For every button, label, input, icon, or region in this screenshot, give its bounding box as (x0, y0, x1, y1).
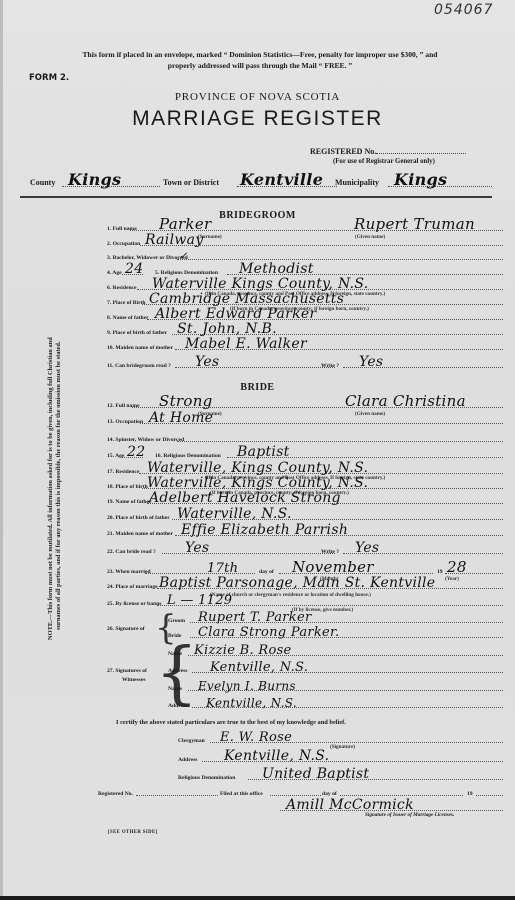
bride-mother-label: 21. Maiden name of mother (107, 531, 173, 537)
bride-residence-label: 17. Residence (107, 469, 139, 475)
bride-status-row: 14. Spinster, Widow or Divorced (107, 430, 503, 444)
filing-row: Registered No. Filed at this office day … (98, 784, 503, 798)
bride-signature-row: Bride Clara Strong Parker. (168, 626, 503, 640)
bride-read-label: 22. Can bride read ? (107, 549, 156, 555)
clergy-address-row: Address Kentville, N.S. (178, 750, 503, 764)
bride-residence-row: 17. Residence Waterville, Kings County, … (107, 462, 503, 476)
bride-full-name-label: 12. Full name (107, 403, 139, 409)
bride-birthplace: Waterville, Kings County, N.S. (147, 475, 368, 491)
groom-father-label: 8. Name of father (107, 315, 149, 321)
place-of-marriage-label: 24. Place of marriage (107, 584, 158, 590)
groom-status-line (177, 259, 503, 260)
clergy-address: Kentville, N.S. (224, 748, 329, 764)
groom-age-row: 4. Age 24 5. Religious Denomination Meth… (107, 263, 503, 277)
town-value: Kentville (240, 170, 323, 189)
groom-signature: Rupert T. Parker (198, 610, 311, 625)
filed-month-line (340, 795, 463, 796)
groom-mother: Mabel E. Walker (185, 336, 307, 352)
groom-signature-row: Groom Rupert T. Parker (168, 611, 503, 625)
clergyman-row: Clergyman E. W. Rose (178, 731, 503, 745)
bride-religion: Baptist (237, 444, 290, 460)
bride-mother-row: 21. Maiden name of mother Effie Elizabet… (107, 524, 503, 538)
groom-given-name: Rupert Truman (354, 215, 475, 233)
scan-left-edge (0, 0, 3, 900)
witness-1-address-row: Address Kentville, N.S. (168, 661, 503, 675)
groom-age: 24 (125, 261, 143, 277)
place-of-marriage-row: 24. Place of marriage Baptist Parsonage,… (107, 577, 503, 591)
groom-full-name-row: 1. Full name Parker Rupert Truman (107, 219, 503, 233)
bride-full-name-row: 12. Full name Strong Clara Christina (107, 396, 503, 410)
form-number: FORM 2. (29, 73, 69, 83)
bride-age-row: 15. Age 22 16. Religious Denomination Ba… (107, 446, 503, 460)
groom-status-row: 3. Bachelor, Widower or Divorced ✓ (107, 248, 503, 262)
clergy-denomination: United Baptist (262, 766, 369, 782)
groom-birthplace: Cambridge Massachusetts (149, 291, 344, 307)
filed-day-line (270, 795, 321, 796)
witness-1-name-row: Name Kizzie B. Rose (168, 644, 503, 658)
bride-father-birthplace: Waterville, N.S. (177, 506, 292, 522)
county-value: Kings (68, 170, 121, 189)
groom-father-birthplace-label: 9. Place of birth of father (107, 330, 167, 336)
side-note-line-2: surnames of all parties, and if for any … (55, 180, 63, 640)
groom-father-row: 8. Name of father Albert Edward Parker (107, 308, 503, 322)
witness-1-name-label: Name (168, 651, 182, 657)
groom-residence-label: 6. Residence (107, 285, 137, 291)
issuer-caption: Signature of Issuer of Marriage Licenses… (365, 812, 454, 818)
bride-signature: Clara Strong Parker. (198, 625, 340, 640)
groom-residence: Waterville Kings County, N.S. (152, 276, 369, 292)
bride-surname: Strong (159, 392, 213, 410)
postal-notice-line-1: This form if placed in an envelope, mark… (40, 49, 480, 60)
clergy-denomination-row: Religious Denomination United Baptist (178, 768, 503, 782)
marriage-month: November (292, 558, 374, 576)
town-label: Town or District (163, 178, 219, 187)
when-married-label: 23. When married (107, 569, 151, 575)
issuer-signature: Amill McCormick (286, 797, 414, 813)
side-note: NOTE.—This form must not be mutilated. A… (47, 180, 63, 640)
groom-mother-label: 10. Maiden name of mother (107, 345, 173, 351)
bride-write: Yes (355, 540, 379, 556)
groom-occupation-label: 2. Occupation (107, 241, 140, 247)
bride-religion-label: 16. Religious Denomination (155, 453, 221, 459)
groom-religion: Methodist (239, 261, 314, 277)
clergy-denomination-label: Religious Denomination (178, 775, 235, 781)
registered-number-value (376, 153, 466, 154)
header-divider (20, 196, 492, 198)
bride-status-label: 14. Spinster, Widow or Divorced (107, 437, 184, 443)
bride-age: 22 (127, 444, 145, 460)
witness-2-address-row: Address Kentville, N.S. (168, 696, 503, 710)
license-row: 25. By license or banns L — 1129 (107, 594, 503, 608)
groom-residence-row: 6. Residence Waterville Kings County, N.… (107, 278, 503, 292)
clergyman-label: Clergyman (178, 738, 205, 744)
postal-notice-line-2: properly addressed will pass through the… (40, 60, 480, 71)
year-prefix: 19 (437, 569, 443, 575)
bride-father-birthplace-label: 20. Place of birth of father (107, 515, 170, 521)
scan-bottom-edge (0, 896, 515, 900)
witness-2-name: Evelyn I. Burns (198, 679, 296, 693)
bride-literacy-row: 22. Can bride read ? Yes Write ? Yes (107, 542, 503, 556)
filed-year-line (476, 795, 503, 796)
groom-mother-row: 10. Maiden name of mother Mabel E. Walke… (107, 338, 503, 352)
bride-mother: Effie Elizabeth Parrish (181, 522, 348, 538)
groom-occupation: Railway (145, 232, 204, 248)
clergy-address-label: Address (178, 757, 197, 763)
groom-surname: Parker (159, 215, 211, 233)
bride-birthplace-label: 18. Place of birth (107, 484, 148, 490)
bride-occupation: At Home (149, 410, 213, 426)
filed-year-prefix: 19 (467, 791, 473, 797)
marriage-day: 17th (207, 561, 238, 576)
bride-age-label: 15. Age (107, 453, 124, 459)
document-number: 054067 (434, 2, 493, 18)
clergyman-signature: E. W. Rose (220, 730, 292, 745)
certification-statement: I certify the above stated particulars a… (116, 719, 346, 726)
bride-father-label: 19. Name of father (107, 499, 151, 505)
groom-write: Yes (359, 354, 383, 370)
groom-literacy-row: 11. Can bridegroom read ? Yes Write ? Ye… (107, 356, 503, 370)
witnesses-label-line-2: Witnesses (122, 677, 146, 683)
issuer-signature-row: Amill McCormick (280, 799, 503, 813)
groom-write-label: Write ? (321, 363, 339, 369)
bride-read: Yes (185, 540, 209, 556)
marriage-year: 28 (447, 558, 467, 576)
bride-status-line (177, 441, 503, 442)
groom-read-label: 11. Can bridegroom read ? (107, 363, 171, 369)
registered-number-field: REGISTERED No. (310, 147, 466, 156)
signature-of-label: 26. Signature of (107, 626, 145, 632)
groom-father-birthplace: St. John, N.B. (177, 321, 277, 337)
groom-age-label: 4. Age (107, 270, 122, 276)
bride-occupation-label: 13. Occupation (107, 419, 143, 425)
filed-at-office-label: Filed at this office (220, 791, 263, 797)
filing-registered-label: Registered No. (98, 791, 133, 797)
bride-birthplace-row: 18. Place of birth Waterville, Kings Cou… (107, 477, 503, 491)
bride-residence: Waterville, Kings County, N.S. (147, 460, 368, 476)
side-note-line-1: NOTE.—This form must not be mutilated. A… (47, 180, 55, 640)
witness-2-address-label: Address (168, 703, 187, 709)
registered-note: (For use of Registrar General only) (333, 158, 435, 165)
place-of-marriage: Baptist Parsonage, Main St. Kentville (159, 575, 435, 591)
bride-father-birthplace-row: 20. Place of birth of father Waterville,… (107, 508, 503, 522)
bride-father-row: 19. Name of father Adelbert Havelock Str… (107, 492, 503, 506)
witness-1-address-label: Address (168, 668, 187, 674)
witnesses-label-line-1: 27. Signatures of (107, 668, 147, 674)
groom-status: ✓ (179, 251, 188, 262)
witness-2-name-label: Name (168, 686, 182, 692)
witness-1-address: Kentville, N.S. (210, 660, 308, 675)
license-number: L — 1129 (167, 593, 232, 608)
municipality-value: Kings (394, 170, 447, 189)
witness-2-address: Kentville, N.S. (206, 696, 297, 710)
day-line (145, 573, 255, 574)
municipality-label: Municipality (335, 178, 379, 187)
when-married-row: 23. When married 17th day of November 19… (107, 562, 503, 576)
marriage-register-page: 054067 This form if placed in an envelop… (0, 0, 515, 896)
groom-status-label: 3. Bachelor, Widower or Divorced (107, 255, 188, 261)
bride-given-name: Clara Christina (345, 392, 466, 410)
bride-write-label: Write ? (321, 549, 339, 555)
bride-occupation-row: 13. Occupation At Home (107, 412, 503, 426)
see-other-side-note: [SEE OTHER SIDE] (108, 830, 158, 835)
registered-number-label: REGISTERED No. (310, 147, 376, 156)
witness-1-name: Kizzie B. Rose (194, 643, 292, 658)
groom-read: Yes (195, 354, 219, 370)
province-heading: PROVINCE OF NOVA SCOTIA (0, 91, 515, 103)
groom-father-birthplace-row: 9. Place of birth of father St. John, N.… (107, 323, 503, 337)
groom-birthplace-row: 7. Place of Birth Cambridge Massachusett… (107, 293, 503, 307)
groom-occupation-row: 2. Occupation Railway (107, 234, 503, 248)
bride-father: Adelbert Havelock Strong (149, 490, 341, 506)
filing-registered-line (136, 795, 218, 796)
groom-father: Albert Edward Parker (155, 306, 317, 322)
groom-full-name-label: 1. Full name (107, 226, 137, 232)
groom-signature-label: Groom (168, 618, 185, 624)
groom-birthplace-label: 7. Place of Birth (107, 300, 146, 306)
document-title: MARRIAGE REGISTER (0, 107, 515, 131)
witness-2-name-row: Name Evelyn I. Burns (168, 679, 503, 693)
license-label: 25. By license or banns (107, 601, 161, 607)
location-row: County Kings Town or District Kentville … (30, 167, 492, 189)
